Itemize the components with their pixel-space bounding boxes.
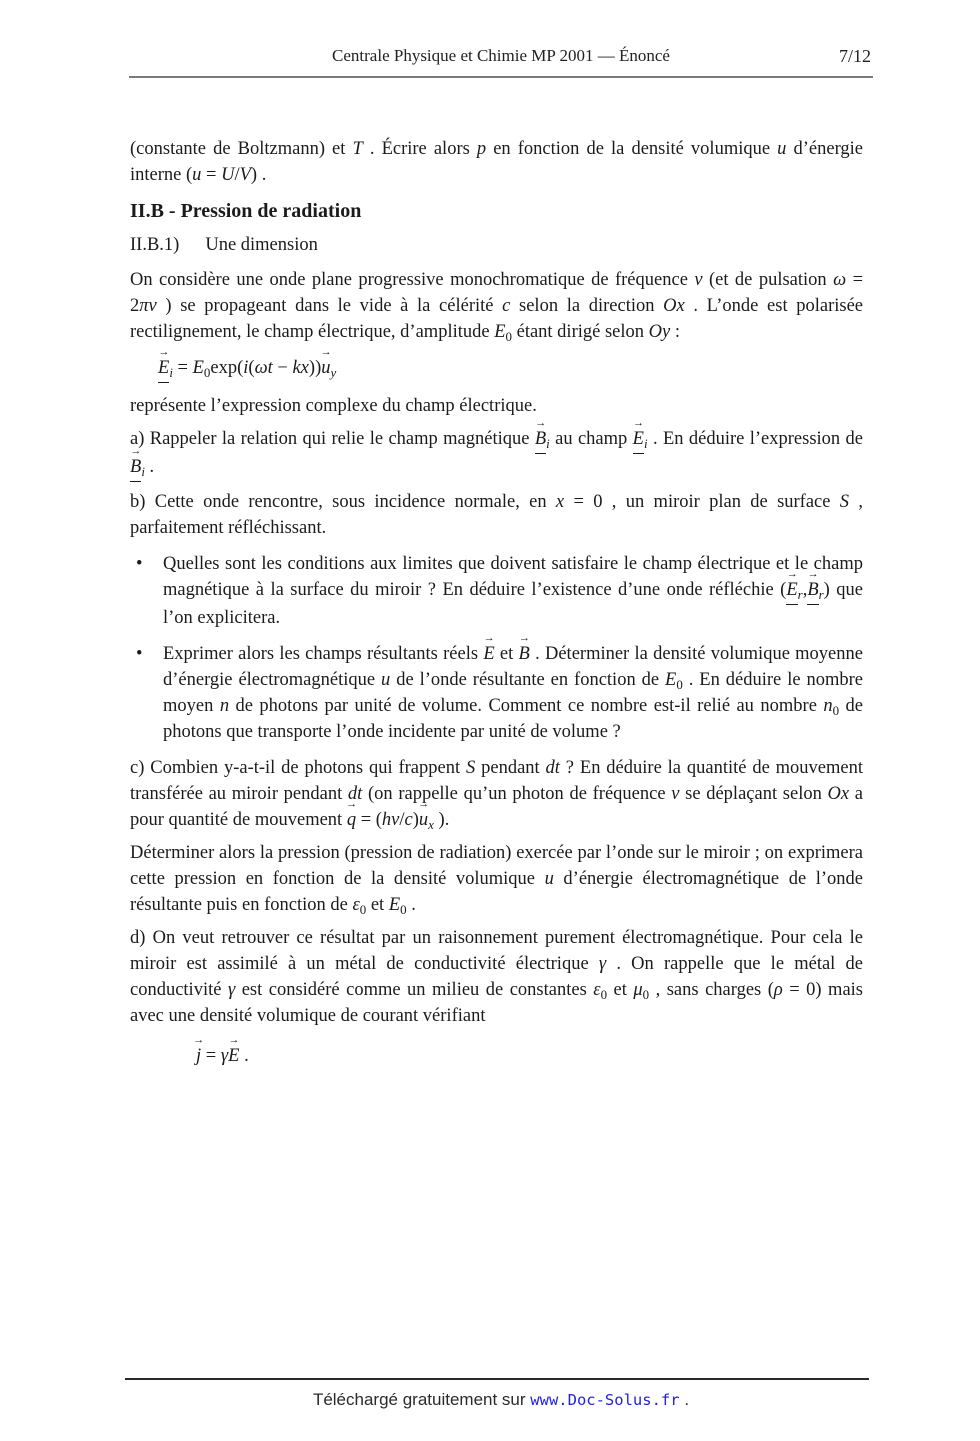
paragraph-question-a: a) Rappeler la relation qui relie le cha…	[130, 426, 863, 482]
subsection-title: Une dimension	[205, 235, 318, 255]
footer-text: Téléchargé gratuitement sur	[313, 1390, 530, 1409]
bullet-item-boundary-conditions: • Quelles sont les conditions aux limite…	[130, 551, 863, 631]
page-header: Centrale Physique et Chimie MP 2001 — Én…	[129, 46, 873, 76]
doc-solus-link[interactable]: www.Doc-Solus.fr	[530, 1391, 679, 1409]
paragraph-question-d: d) On veut retrouver ce résultat par un …	[130, 925, 863, 1029]
bullet-text: Exprimer alors les champs résultants rée…	[163, 641, 863, 745]
equation-incident-field: Ei = E0exp(i(ωt − kx))uy	[130, 355, 863, 383]
bullet-icon: •	[130, 641, 163, 745]
section-heading-IIB: II.B - Pression de radiation	[130, 198, 863, 224]
footer-rule	[125, 1378, 869, 1380]
bullet-text: Quelles sont les conditions aux limites …	[163, 551, 863, 631]
equation-current-density: j = γE .	[130, 1043, 863, 1069]
document-body: (constante de Boltzmann) et T . Écrire a…	[130, 136, 863, 1079]
paragraph-radiation-pressure: Déterminer alors la pression (pression d…	[130, 840, 863, 918]
page-footer: Téléchargé gratuitement sur www.Doc-Solu…	[129, 1390, 873, 1410]
bullet-icon: •	[130, 551, 163, 631]
paragraph-wave-intro: On considère une onde plane progressive …	[130, 267, 863, 345]
bullet-item-resultant-fields: • Exprimer alors les champs résultants r…	[130, 641, 863, 745]
paragraph-boltzmann: (constante de Boltzmann) et T . Écrire a…	[130, 136, 863, 188]
paragraph-complex-expression: représente l’expression complexe du cham…	[130, 393, 863, 419]
paragraph-question-c: c) Combien y-a-t-il de photons qui frapp…	[130, 755, 863, 833]
header-rule	[129, 76, 873, 78]
subsection-number: II.B.1)	[130, 235, 179, 255]
paragraph-question-b: b) Cette onde rencontre, sous incidence …	[130, 489, 863, 541]
document-page: Centrale Physique et Chimie MP 2001 — Én…	[0, 0, 980, 1441]
subsection-IIB1: II.B.1)Une dimension	[130, 232, 863, 258]
footer-text-suffix: .	[680, 1390, 689, 1409]
page-number: 7/12	[839, 46, 871, 67]
header-title: Centrale Physique et Chimie MP 2001 — Én…	[129, 46, 873, 66]
